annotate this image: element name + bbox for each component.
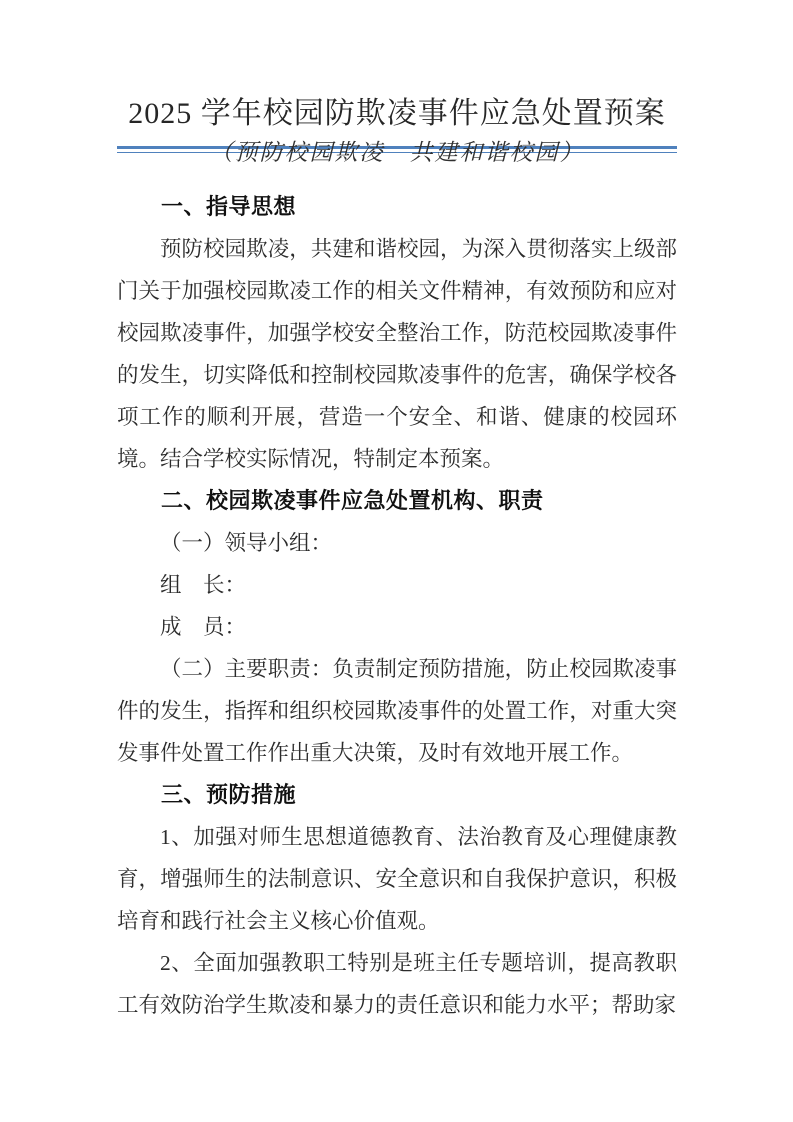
document-page: 2025 学年校园防欺凌事件应急处置预案 （预防校园欺凌 共建和谐校园） 一、指…	[0, 0, 793, 1122]
section-heading-guiding-ideology: 一、指导思想	[117, 186, 677, 228]
paragraph-group-members-label: 成 员：	[117, 606, 677, 648]
section-heading-response-organization: 二、校园欺凌事件应急处置机构、职责	[117, 480, 677, 522]
paragraph-leading-group-label: （一）领导小组：	[117, 522, 677, 564]
document-subtitle: （预防校园欺凌 共建和谐校园）	[117, 138, 677, 168]
paragraph-main-duties: （二）主要职责：负责制定预防措施，防止校园欺凌事件的发生，指挥和组织校园欺凌事件…	[117, 648, 677, 774]
paragraph-guiding-ideology: 预防校园欺凌，共建和谐校园，为深入贯彻落实上级部门关于加强校园欺凌工作的相关文件…	[117, 228, 677, 480]
paragraph-prevention-measure-1: 1、加强对师生思想道德教育、法治教育及心理健康教育，增强师生的法制意识、安全意识…	[117, 816, 677, 942]
section-heading-prevention-measures: 三、预防措施	[117, 774, 677, 816]
document-body: 一、指导思想 预防校园欺凌，共建和谐校园，为深入贯彻落实上级部门关于加强校园欺凌…	[117, 186, 677, 1026]
document-title: 2025 学年校园防欺凌事件应急处置预案	[117, 96, 677, 132]
paragraph-prevention-measure-2: 2、全面加强教职工特别是班主任专题培训，提高教职工有效防治学生欺凌和暴力的责任意…	[117, 942, 677, 1026]
paragraph-group-leader-label: 组 长：	[117, 564, 677, 606]
